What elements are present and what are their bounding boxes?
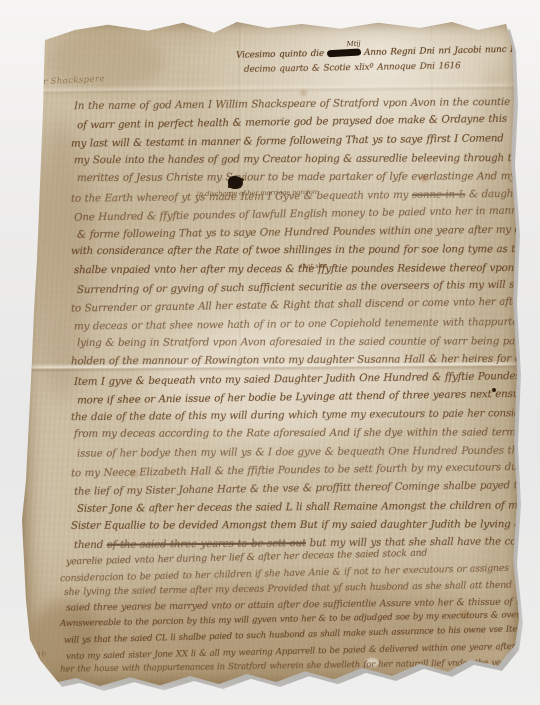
manuscript-line: holden of the mannour of Rowington vnto … — [71, 353, 537, 368]
manuscript-line: merittes of Jesus Christe my Saviour to … — [77, 170, 540, 184]
manuscript-line: One Hundred & ffyftie poundes of lawfull… — [74, 204, 528, 223]
manuscript-line: Sister Jone & after her deceas the saied… — [77, 499, 540, 515]
ink-blot-deletion: Mtij — [327, 48, 361, 57]
ink-spot — [492, 388, 496, 392]
manuscript-line: thend of the saied three yeares to be se… — [74, 535, 540, 551]
manuscript-line: from my deceas according to the Rate afo… — [74, 427, 540, 441]
foxing-spot — [300, 90, 307, 96]
manuscript-line: the lief of my Sister Johane Harte & the… — [74, 479, 540, 498]
manuscript-line: the daie of the date of this my will dur… — [71, 407, 540, 423]
interlined-month: Mtij — [346, 39, 360, 48]
line-text: thend — [74, 539, 107, 551]
struck-through-text: of the saied three yeares to be sett out — [107, 537, 306, 551]
manuscript-line: Sister Equallie to be devided Amongst th… — [71, 518, 528, 532]
manuscript-line: In the name of god Amen I Willim Shacksp… — [74, 96, 510, 112]
manuscript-line: my deceas or that shee nowe hath of in o… — [74, 315, 540, 332]
date-line-text: Vicesimo quinto die — [236, 49, 324, 61]
manuscript-line: my last will & testamt in manner & forme… — [71, 132, 504, 150]
manuscript-line: more if shee or Anie issue of her bodie … — [77, 387, 540, 406]
margin-note: Mr Shackspere — [34, 74, 105, 88]
interlineation-nowe-hath: that she — [300, 262, 326, 270]
manuscript-line: yearelie paied vnto her during her lief … — [66, 548, 427, 568]
parchment-page: Vicesimo quinto dieMtijAnno Regni Dni nr… — [20, 18, 520, 688]
manuscript-line: my Soule into the handes of god my Creat… — [74, 152, 540, 167]
line-text: & daughter Judyth — [465, 187, 540, 200]
latin-date-line-1: Vicesimo quinto dieMtijAnno Regni Dni nr… — [236, 43, 540, 60]
manuscript-line: lying & being in Stratford vpon Avon afo… — [77, 335, 540, 349]
manuscript-line: Surrendring of or gyving of such suffici… — [77, 278, 540, 296]
manuscript-line: Item I gyve & bequeath vnto my saied Dau… — [74, 370, 521, 388]
ink-blot — [228, 176, 243, 189]
latin-date-line-2: decimo quarto & Scotie xlixº Annoque Dni… — [244, 61, 461, 75]
manuscript-line: to my Neece Elizabeth Hall & the ffiftie… — [71, 461, 538, 480]
manuscript-line: to Surrender or graunte All her estate &… — [71, 296, 524, 315]
manuscript-line: issue of her bodye then my will ys & I d… — [77, 444, 540, 459]
manuscript-line: of warr gent in perfect health & memorie… — [77, 113, 507, 132]
manuscript-photo: Vicesimo quinto dieMtijAnno Regni Dni nr… — [0, 0, 540, 705]
struck-through-text: sonne in L — [412, 188, 465, 201]
manuscript-line: & forme followeing That ys to saye One H… — [77, 223, 540, 240]
archival-shelf-mark: B3b — [30, 650, 48, 660]
manuscript-line: with considerance after the Rate of twoe… — [71, 243, 540, 257]
